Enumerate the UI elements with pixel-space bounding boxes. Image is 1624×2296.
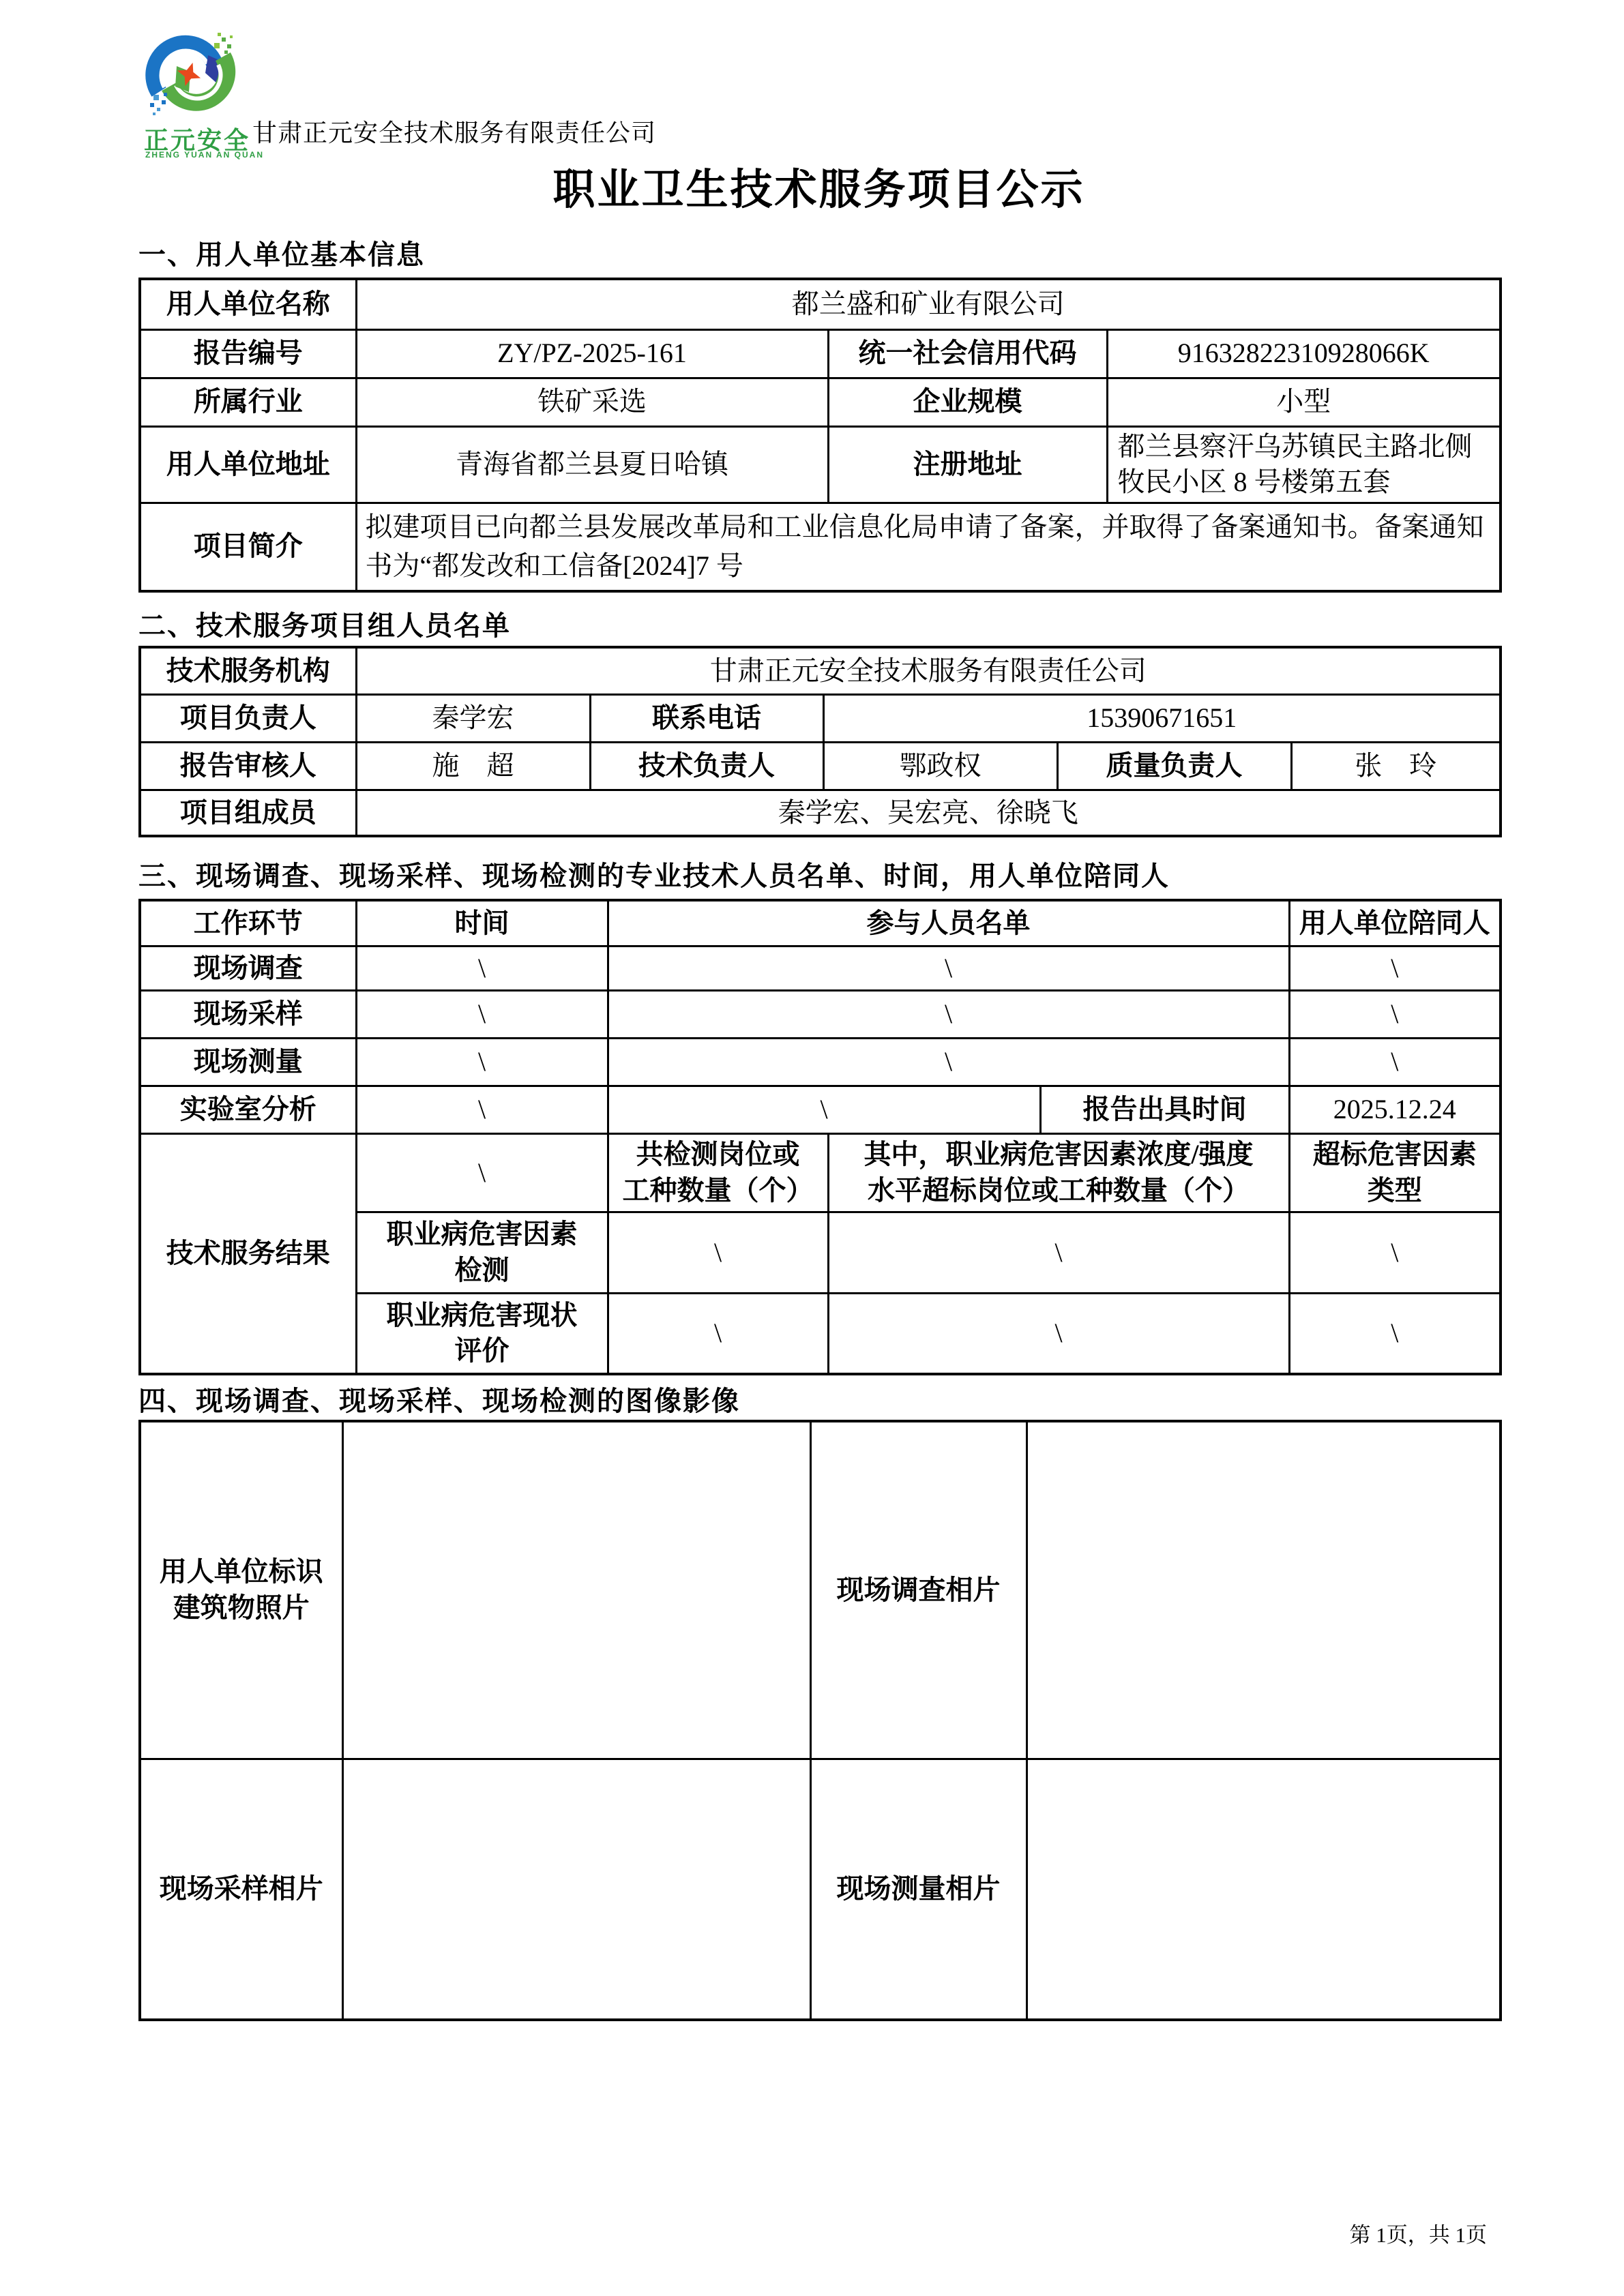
- section3-heading: 三、现场调查、现场采样、现场检测的专业技术人员名单、时间，用人单位陪同人: [138, 862, 1499, 891]
- status-evaluation-v3: \: [1289, 1294, 1501, 1374]
- col-people-header: 参与人员名单: [608, 900, 1289, 946]
- members-value: 秦学宏、吴宏亮、徐晓飞: [356, 790, 1501, 836]
- measuring-escort: \: [1289, 1039, 1501, 1086]
- table-row: 项目简介 拟建项目已向都兰县发展改革局和工业信息化局申请了备案，并取得了备案通知…: [140, 503, 1501, 591]
- measuring-photo-cell: [1027, 1759, 1501, 2020]
- status-evaluation-v1: \: [608, 1294, 828, 1374]
- measuring-photo-label: 现场测量相片: [810, 1759, 1027, 2020]
- page-title: 职业卫生技术服务项目公示: [138, 169, 1499, 211]
- employer-name-value: 都兰盛和矿业有限公司: [356, 279, 1501, 329]
- section4-heading: 四、现场调查、现场采样、现场检测的图像影像: [138, 1387, 1499, 1416]
- table-row: 技术服务机构 甘肃正元安全技术服务有限责任公司: [140, 647, 1501, 695]
- col-time-header: 时间: [356, 900, 608, 946]
- section2-heading: 二、技术服务项目组人员名单: [138, 612, 1499, 640]
- col-step-header: 工作环节: [140, 900, 356, 946]
- result-label: 技术服务结果: [140, 1134, 356, 1374]
- table-row: 现场调查 \ \ \: [140, 946, 1501, 991]
- status-evaluation-label: 职业病危害现状 评价: [356, 1294, 608, 1374]
- table-row: 现场测量 \ \ \: [140, 1039, 1501, 1086]
- table-row: 所属行业 铁矿采选 企业规模 小型: [140, 378, 1501, 426]
- hazard-detection-v3: \: [1289, 1212, 1501, 1294]
- agency-value: 甘肃正元安全技术服务有限责任公司: [356, 647, 1501, 695]
- employer-address-value: 青海省都兰县夏日哈镇: [356, 426, 828, 503]
- report-no-label: 报告编号: [140, 329, 356, 378]
- logo-graphic: [144, 24, 239, 121]
- table-row: 报告编号 ZY/PZ-2025-161 统一社会信用代码 91632822310…: [140, 329, 1501, 378]
- status-evaluation-v2: \: [828, 1294, 1289, 1374]
- survey-people: \: [608, 946, 1289, 991]
- hazard-detection-v1: \: [608, 1212, 828, 1294]
- table-row: 报告审核人 施 超 技术负责人 鄂政权 质量负责人 张 玲: [140, 743, 1501, 790]
- hazard-detection-label: 职业病危害因素 检测: [356, 1212, 608, 1294]
- scale-label: 企业规模: [828, 378, 1107, 426]
- hazard-detection-v2: \: [828, 1212, 1289, 1294]
- table-row: 实验室分析 \ \ 报告出具时间 2025.12.24: [140, 1086, 1501, 1134]
- table-row: 技术服务结果 \ 共检测岗位或 工种数量（个） 其中，职业病危害因素浓度/强度 …: [140, 1134, 1501, 1212]
- lab-row-label: 实验室分析: [140, 1086, 356, 1134]
- phone-label: 联系电话: [590, 695, 823, 743]
- industry-label: 所属行业: [140, 378, 356, 426]
- survey-escort: \: [1289, 946, 1501, 991]
- detected-count-header: 共检测岗位或 工种数量（个）: [608, 1134, 828, 1212]
- page-number: 第 1页，共 1页: [138, 2218, 1499, 2248]
- lab-people: \: [608, 1086, 1040, 1134]
- leader-value: 秦学宏: [356, 695, 590, 743]
- tech-lead-value: 鄂政权: [823, 743, 1057, 790]
- agency-label: 技术服务机构: [140, 647, 356, 695]
- document-page: 正元安全 ZHENG YUAN AN QUAN 甘肃正元安全技术服务有限责任公司…: [138, 0, 1499, 2248]
- sampling-row-label: 现场采样: [140, 991, 356, 1039]
- project-intro-label: 项目简介: [140, 503, 356, 591]
- table-row: 用人单位标识 建筑物照片 现场调查相片: [140, 1421, 1501, 1759]
- survey-row-label: 现场调查: [140, 946, 356, 991]
- logo-wordmark-en: ZHENG YUAN AN QUAN: [145, 150, 264, 160]
- credit-code-value: 91632822310928066K: [1107, 329, 1501, 378]
- survey-photo-cell: [1027, 1421, 1501, 1759]
- leader-label: 项目负责人: [140, 695, 356, 743]
- employer-info-table: 用人单位名称 都兰盛和矿业有限公司 报告编号 ZY/PZ-2025-161 统一…: [138, 278, 1502, 593]
- quality-lead-value: 张 玲: [1291, 743, 1501, 790]
- survey-time: \: [356, 946, 608, 991]
- lab-time: \: [356, 1086, 608, 1134]
- reviewer-label: 报告审核人: [140, 743, 356, 790]
- quality-lead-label: 质量负责人: [1057, 743, 1291, 790]
- credit-code-label: 统一社会信用代码: [828, 329, 1107, 378]
- table-row: 用人单位名称 都兰盛和矿业有限公司: [140, 279, 1501, 329]
- field-work-table: 工作环节 时间 参与人员名单 用人单位陪同人 现场调查 \ \ \ 现场采样 \…: [138, 899, 1502, 1375]
- scale-value: 小型: [1107, 378, 1501, 426]
- table-row: 现场采样相片 现场测量相片: [140, 1759, 1501, 2020]
- registered-address-label: 注册地址: [828, 426, 1107, 503]
- report-date-label: 报告出具时间: [1040, 1086, 1289, 1134]
- exceed-type-header: 超标危害因素 类型: [1289, 1134, 1501, 1212]
- project-intro-value: 拟建项目已向都兰县发展改革局和工业信息化局申请了备案，并取得了备案通知书。备案通…: [356, 503, 1501, 591]
- document-header: 正元安全 ZHENG YUAN AN QUAN 甘肃正元安全技术服务有限责任公司: [138, 0, 1499, 167]
- sampling-time: \: [356, 991, 608, 1039]
- service-team-table: 技术服务机构 甘肃正元安全技术服务有限责任公司 项目负责人 秦学宏 联系电话 1…: [138, 646, 1502, 837]
- table-row: 现场采样 \ \ \: [140, 991, 1501, 1039]
- exceed-count-header: 其中，职业病危害因素浓度/强度 水平超标岗位或工种数量（个）: [828, 1134, 1289, 1212]
- section1-heading: 一、用人单位基本信息: [138, 241, 1499, 269]
- employer-address-label: 用人单位地址: [140, 426, 356, 503]
- sampling-photo-label: 现场采样相片: [140, 1759, 342, 2020]
- registered-address-value: 都兰县察汗乌苏镇民主路北侧 牧民小区 8 号楼第五套: [1107, 426, 1501, 503]
- result-placeholder: \: [356, 1134, 608, 1212]
- table-row: 用人单位地址 青海省都兰县夏日哈镇 注册地址 都兰县察汗乌苏镇民主路北侧 牧民小…: [140, 426, 1501, 503]
- phone-value: 15390671651: [823, 695, 1501, 743]
- members-label: 项目组成员: [140, 790, 356, 836]
- industry-value: 铁矿采选: [356, 378, 828, 426]
- survey-photo-label: 现场调查相片: [810, 1421, 1027, 1759]
- report-no-value: ZY/PZ-2025-161: [356, 329, 828, 378]
- sampling-escort: \: [1289, 991, 1501, 1039]
- employer-name-label: 用人单位名称: [140, 279, 356, 329]
- building-photo-cell: [342, 1421, 810, 1759]
- photos-table: 用人单位标识 建筑物照片 现场调查相片 现场采样相片 现场测量相片: [138, 1420, 1502, 2021]
- table-row: 项目负责人 秦学宏 联系电话 15390671651: [140, 695, 1501, 743]
- company-logo: 正元安全 ZHENG YUAN AN QUAN: [142, 20, 258, 164]
- tech-lead-label: 技术负责人: [590, 743, 823, 790]
- sampling-photo-cell: [342, 1759, 810, 2020]
- company-name: 甘肃正元安全技术服务有限责任公司: [252, 114, 656, 149]
- measuring-row-label: 现场测量: [140, 1039, 356, 1086]
- reviewer-value: 施 超: [356, 743, 590, 790]
- table-header-row: 工作环节 时间 参与人员名单 用人单位陪同人: [140, 900, 1501, 946]
- report-date-value: 2025.12.24: [1289, 1086, 1501, 1134]
- sampling-people: \: [608, 991, 1289, 1039]
- measuring-time: \: [356, 1039, 608, 1086]
- logo-blue-pixels: [150, 93, 167, 115]
- table-row: 项目组成员 秦学宏、吴宏亮、徐晓飞: [140, 790, 1501, 836]
- building-photo-label: 用人单位标识 建筑物照片: [140, 1421, 342, 1759]
- col-escort-header: 用人单位陪同人: [1289, 900, 1501, 946]
- measuring-people: \: [608, 1039, 1289, 1086]
